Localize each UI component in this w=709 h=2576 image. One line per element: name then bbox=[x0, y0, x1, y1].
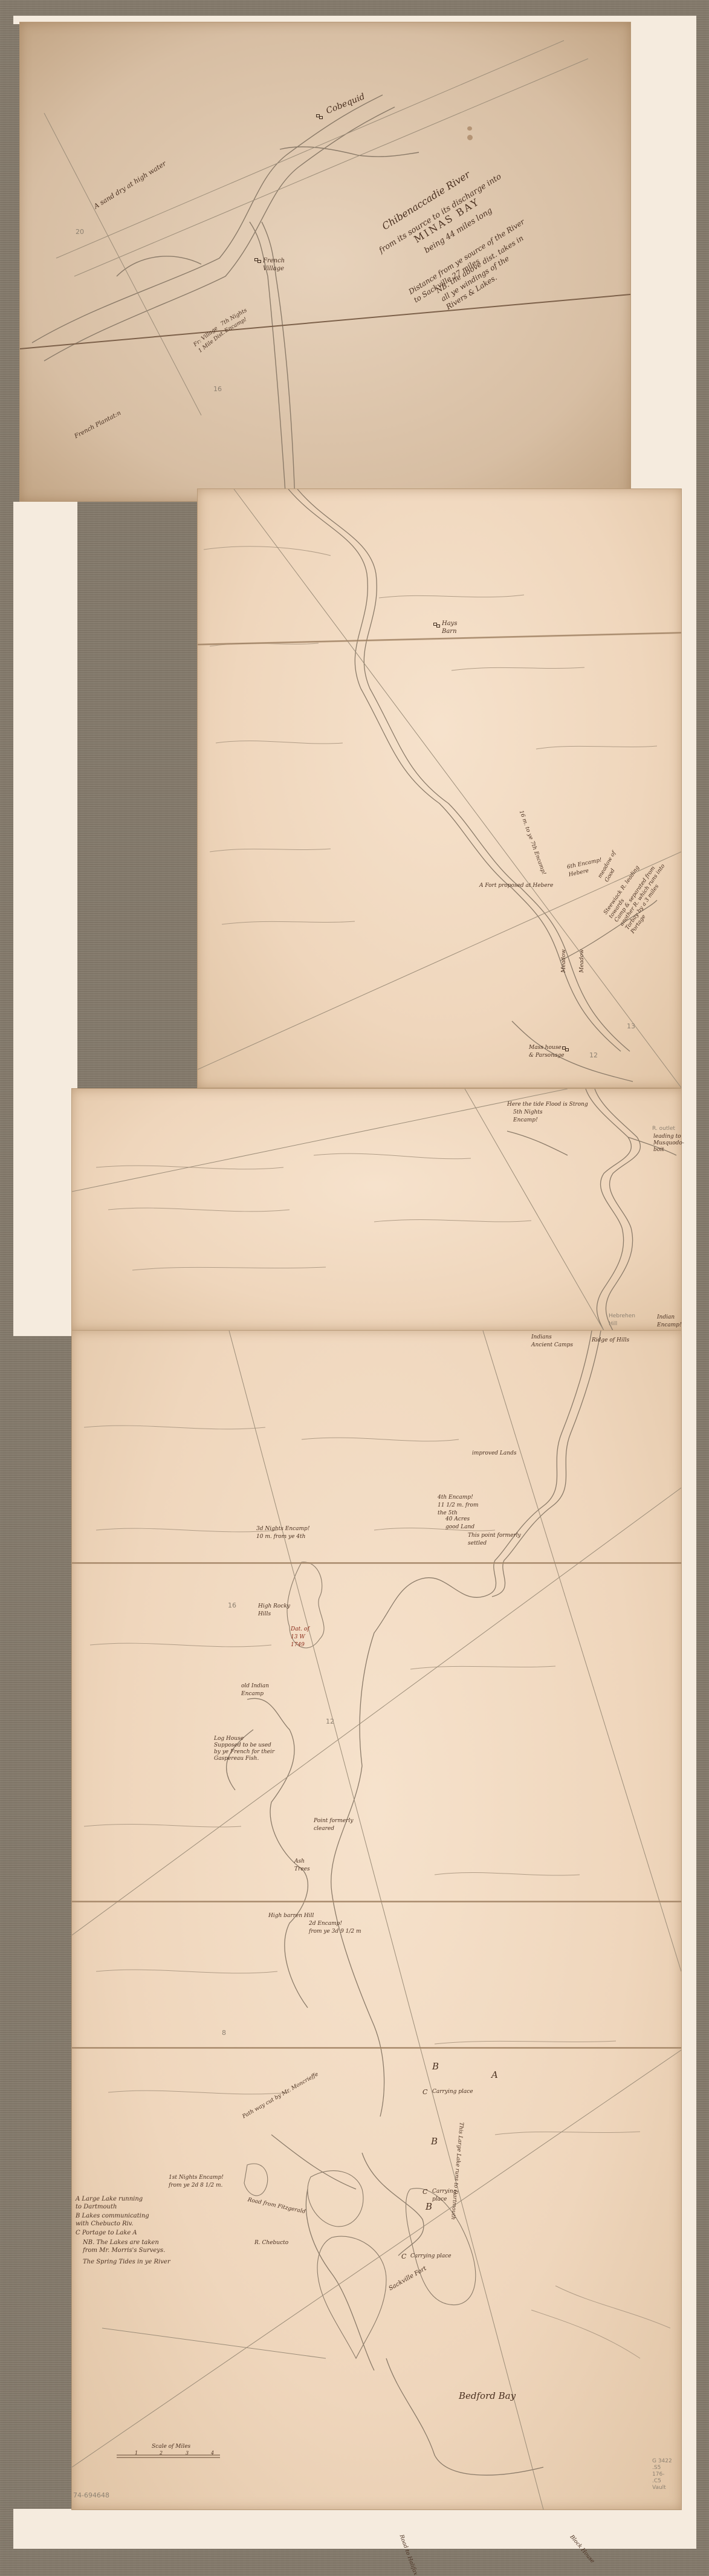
building-icon bbox=[433, 623, 439, 628]
label-meadow-right: Meadow bbox=[578, 949, 586, 973]
ink-stain bbox=[467, 126, 472, 131]
legend-item-b: B Lakes communicating with Chebucto Riv. bbox=[76, 2212, 149, 2228]
label-c3: C bbox=[401, 2253, 406, 2260]
label-r-chebucto: R. Chebucto bbox=[254, 2239, 288, 2247]
label-log-house: Log House Supposed to be used by ye Fren… bbox=[214, 1736, 274, 1762]
label-high-rocky-hills: High Rocky Hills bbox=[258, 1603, 290, 1618]
scale-tick-2: 2 bbox=[160, 2449, 163, 2457]
legend-item-a: A Large Lake running to Dartmouth bbox=[76, 2195, 143, 2211]
label-french-village: French Village bbox=[263, 257, 285, 273]
label-ash-trees: Ash Trees bbox=[294, 1858, 310, 1874]
tick-label-8: 8 bbox=[222, 2029, 226, 2037]
sheet-1-drawing bbox=[20, 22, 630, 501]
label-2nd-encampment: 2d Encamp! from ye 3d 9 1/2 m bbox=[309, 1920, 361, 1936]
map-sheet-2: Hays Barn 16 m. to ye 7th Encamp! 6th En… bbox=[197, 488, 682, 1088]
label-3rd-night-encampment: 3d Nights Encamp! 10 m. from ye 4th bbox=[256, 1525, 309, 1541]
label-high-barren-hill: High barren Hill bbox=[268, 1912, 314, 1920]
catalog-call-number: G 3422 .S5 176- .C5 Vault bbox=[652, 2458, 672, 2491]
label-indians-ancient-camps: Indians Ancient Camps bbox=[531, 1334, 573, 1349]
mount-board-left bbox=[13, 502, 77, 1336]
label-lake-a: A bbox=[491, 2069, 498, 2081]
sheet-2-drawing bbox=[198, 489, 681, 1088]
sheet-4-drawing bbox=[72, 1331, 681, 2509]
label-hays-barn: Hays Barn bbox=[442, 620, 457, 635]
map-sheet-1: Cobequid A sand dry at high water French… bbox=[19, 22, 631, 502]
map-sheet-3: Here the tide Flood is Strong 5th Nights… bbox=[71, 1088, 682, 1331]
label-fort-proposed: A Fort proposed at Hebere bbox=[479, 882, 553, 890]
label-carrying-place-1: Carrying place bbox=[432, 2088, 473, 2096]
label-carrying-place-3: Carrying place bbox=[410, 2253, 452, 2260]
label-lake-b2: B bbox=[431, 2136, 438, 2147]
label-tide-flood: Here the tide Flood is Strong bbox=[507, 1101, 588, 1109]
label-c1: C bbox=[422, 2088, 427, 2096]
tick-label-16: 16 bbox=[228, 1601, 236, 1609]
tick-label-20: 20 bbox=[76, 228, 84, 236]
label-5th-night-encampment: 5th Nights Encamp! bbox=[513, 1109, 543, 1124]
label-c2: C bbox=[422, 2188, 427, 2196]
label-mass-house: Mass house & Parsonage bbox=[529, 1044, 564, 1060]
label-leading-to-musquodoboit: leading to Musquodo- boit bbox=[653, 1134, 684, 1153]
map-sheet-4: Indians Ancient Camps Ridge of Hills imp… bbox=[71, 1330, 682, 2510]
ink-stain bbox=[467, 135, 473, 140]
fold-line bbox=[72, 1901, 681, 1903]
label-improved-lands: improved Lands bbox=[472, 1450, 516, 1458]
scale-of-miles-title: Scale of Miles bbox=[152, 2443, 190, 2451]
label-lake-b3: B bbox=[426, 2201, 432, 2213]
village-icon bbox=[316, 114, 322, 119]
scale-tick-4: 4 bbox=[211, 2449, 214, 2457]
sheet-3-drawing bbox=[72, 1089, 681, 1331]
label-point-formerly-cleared: Point formerly cleared bbox=[314, 1817, 353, 1833]
tick-label-13: 13 bbox=[627, 1022, 635, 1030]
label-40-acres: 40 Acres good Land bbox=[445, 1516, 474, 1531]
legend-item-c: C Portage to Lake A bbox=[76, 2229, 137, 2237]
label-point-formerly-settled: This point formerly settled bbox=[468, 1532, 521, 1548]
label-old-indian-encampment: old Indian Encamp bbox=[241, 1682, 269, 1698]
legend-note-lakes: NB. The Lakes are taken from Mr. Morris'… bbox=[83, 2239, 165, 2254]
label-ridge-of-hills: Ridge of Hills bbox=[592, 1337, 629, 1345]
village-icon bbox=[254, 258, 261, 263]
label-hebrehen-hill: Hebrehen Hill bbox=[609, 1312, 635, 1328]
catalog-accession-number: 74-694648 bbox=[73, 2491, 109, 2499]
label-lake-b1: B bbox=[432, 2061, 439, 2072]
label-r-outlet: R. outlet bbox=[652, 1125, 675, 1133]
scale-tick-1: 1 bbox=[135, 2449, 138, 2457]
label-first-night-encampment: 1st Nights Encamp! from ye 2d 8 1/2 m. bbox=[169, 2174, 224, 2190]
tick-label-12: 12 bbox=[326, 1718, 334, 1725]
label-date-mark: Dat. of 13 W 1749 bbox=[291, 1626, 309, 1649]
tick-label-16: 16 bbox=[213, 385, 222, 393]
label-bedford-bay: Bedford Bay bbox=[459, 2390, 516, 2402]
fold-line bbox=[72, 1562, 681, 1564]
label-meadow-left: Meadow bbox=[560, 949, 568, 973]
label-carrying-place-2: Carrying place bbox=[432, 2188, 456, 2204]
label-indian-encampment: Indian Encamp! bbox=[657, 1314, 682, 1329]
legend-spring-tides: The Spring Tides in ye River bbox=[83, 2258, 170, 2266]
label-4th-encampment: 4th Encamp! 11 1/2 m. from the 5th bbox=[438, 1494, 479, 1517]
fold-line bbox=[72, 2047, 681, 2049]
mount-board-bottom bbox=[13, 2509, 696, 2549]
tick-label-12: 12 bbox=[589, 1051, 598, 1059]
scale-tick-3: 3 bbox=[186, 2449, 189, 2457]
